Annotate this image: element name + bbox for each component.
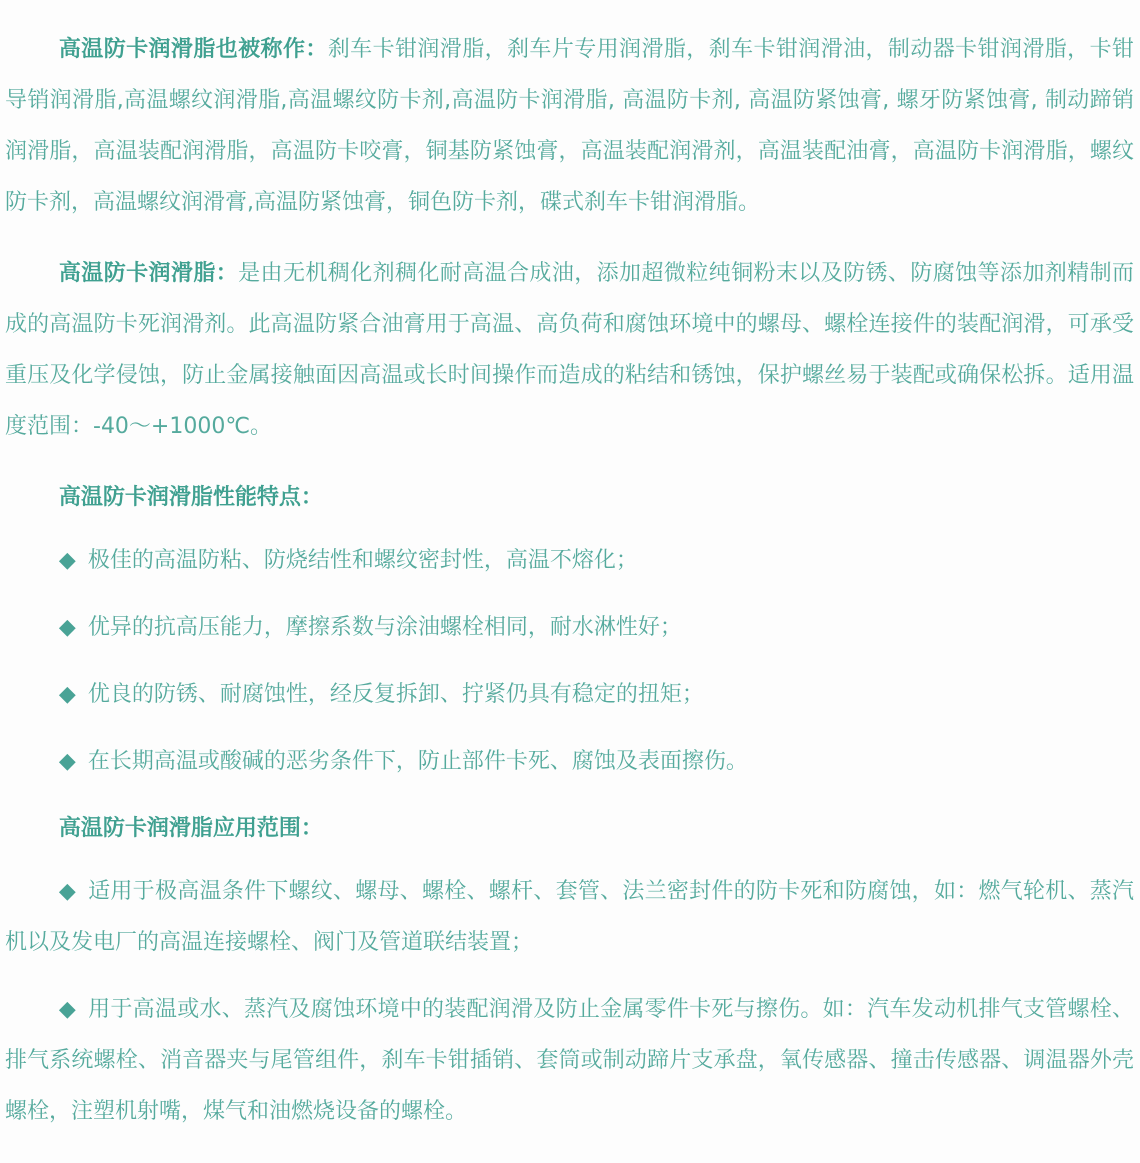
performance-bullet-3-text: 优良的防锈、耐腐蚀性，经反复拆卸、拧紧仍具有稳定的扭矩； (88, 682, 704, 707)
diamond-bullet-icon: ◆ (59, 615, 76, 640)
paragraph-body-intro: 是由无机稠化剂稠化耐高温合成油，添加超微粒纯铜粉末以及防锈、防腐蚀等添加剂精制而… (5, 261, 1134, 439)
paragraph-lead-alias: 高温防卡润滑脂也被称作： (59, 37, 328, 62)
performance-bullet-1-text: 极佳的高温防粘、防烧结性和螺纹密封性，高温不熔化； (88, 548, 638, 573)
application-bullet-2: ◆用于高温或水、蒸汽及腐蚀环境中的装配润滑及防止金属零件卡死与擦伤。如：汽车发动… (5, 984, 1134, 1137)
diamond-bullet-icon: ◆ (59, 548, 76, 573)
diamond-bullet-icon: ◆ (59, 997, 76, 1022)
section-heading-performance: 高温防卡润滑脂性能特点： (5, 472, 1134, 523)
paragraph-body-alias: 刹车卡钳润滑脂，刹车片专用润滑脂，刹车卡钳润滑油，制动器卡钳润滑脂，卡钳导销润滑… (5, 37, 1134, 215)
application-bullet-2-text: 用于高温或水、蒸汽及腐蚀环境中的装配润滑及防止金属零件卡死与擦伤。如：汽车发动机… (5, 997, 1134, 1124)
performance-bullet-2-text: 优异的抗高压能力，摩擦系数与涂油螺栓相同，耐水淋性好； (88, 615, 682, 640)
performance-bullet-4-text: 在长期高温或酸碱的恶劣条件下，防止部件卡死、腐蚀及表面擦伤。 (88, 749, 748, 774)
performance-bullet-1: ◆极佳的高温防粘、防烧结性和螺纹密封性，高温不熔化； (5, 535, 1134, 586)
performance-bullet-2: ◆优异的抗高压能力，摩擦系数与涂油螺栓相同，耐水淋性好； (5, 602, 1134, 653)
product-description-document: 高温防卡润滑脂也被称作：刹车卡钳润滑脂，刹车片专用润滑脂，刹车卡钳润滑油，制动器… (0, 0, 1140, 1163)
performance-bullet-3: ◆优良的防锈、耐腐蚀性，经反复拆卸、拧紧仍具有稳定的扭矩； (5, 669, 1134, 720)
diamond-bullet-icon: ◆ (59, 682, 76, 707)
paragraph-lead-intro: 高温防卡润滑脂： (59, 261, 238, 286)
paragraph-alias-names: 高温防卡润滑脂也被称作：刹车卡钳润滑脂，刹车片专用润滑脂，刹车卡钳润滑油，制动器… (5, 24, 1134, 228)
diamond-bullet-icon: ◆ (59, 749, 76, 774)
paragraph-product-intro: 高温防卡润滑脂：是由无机稠化剂稠化耐高温合成油，添加超微粒纯铜粉末以及防锈、防腐… (5, 248, 1134, 452)
performance-bullet-4: ◆在长期高温或酸碱的恶劣条件下，防止部件卡死、腐蚀及表面擦伤。 (5, 736, 1134, 787)
diamond-bullet-icon: ◆ (59, 879, 76, 904)
section-heading-applications: 高温防卡润滑脂应用范围： (5, 803, 1134, 854)
application-bullet-1-text: 适用于极高温条件下螺纹、螺母、螺栓、螺杆、套管、法兰密封件的防卡死和防腐蚀，如：… (5, 879, 1134, 955)
application-bullet-1: ◆适用于极高温条件下螺纹、螺母、螺栓、螺杆、套管、法兰密封件的防卡死和防腐蚀，如… (5, 866, 1134, 968)
